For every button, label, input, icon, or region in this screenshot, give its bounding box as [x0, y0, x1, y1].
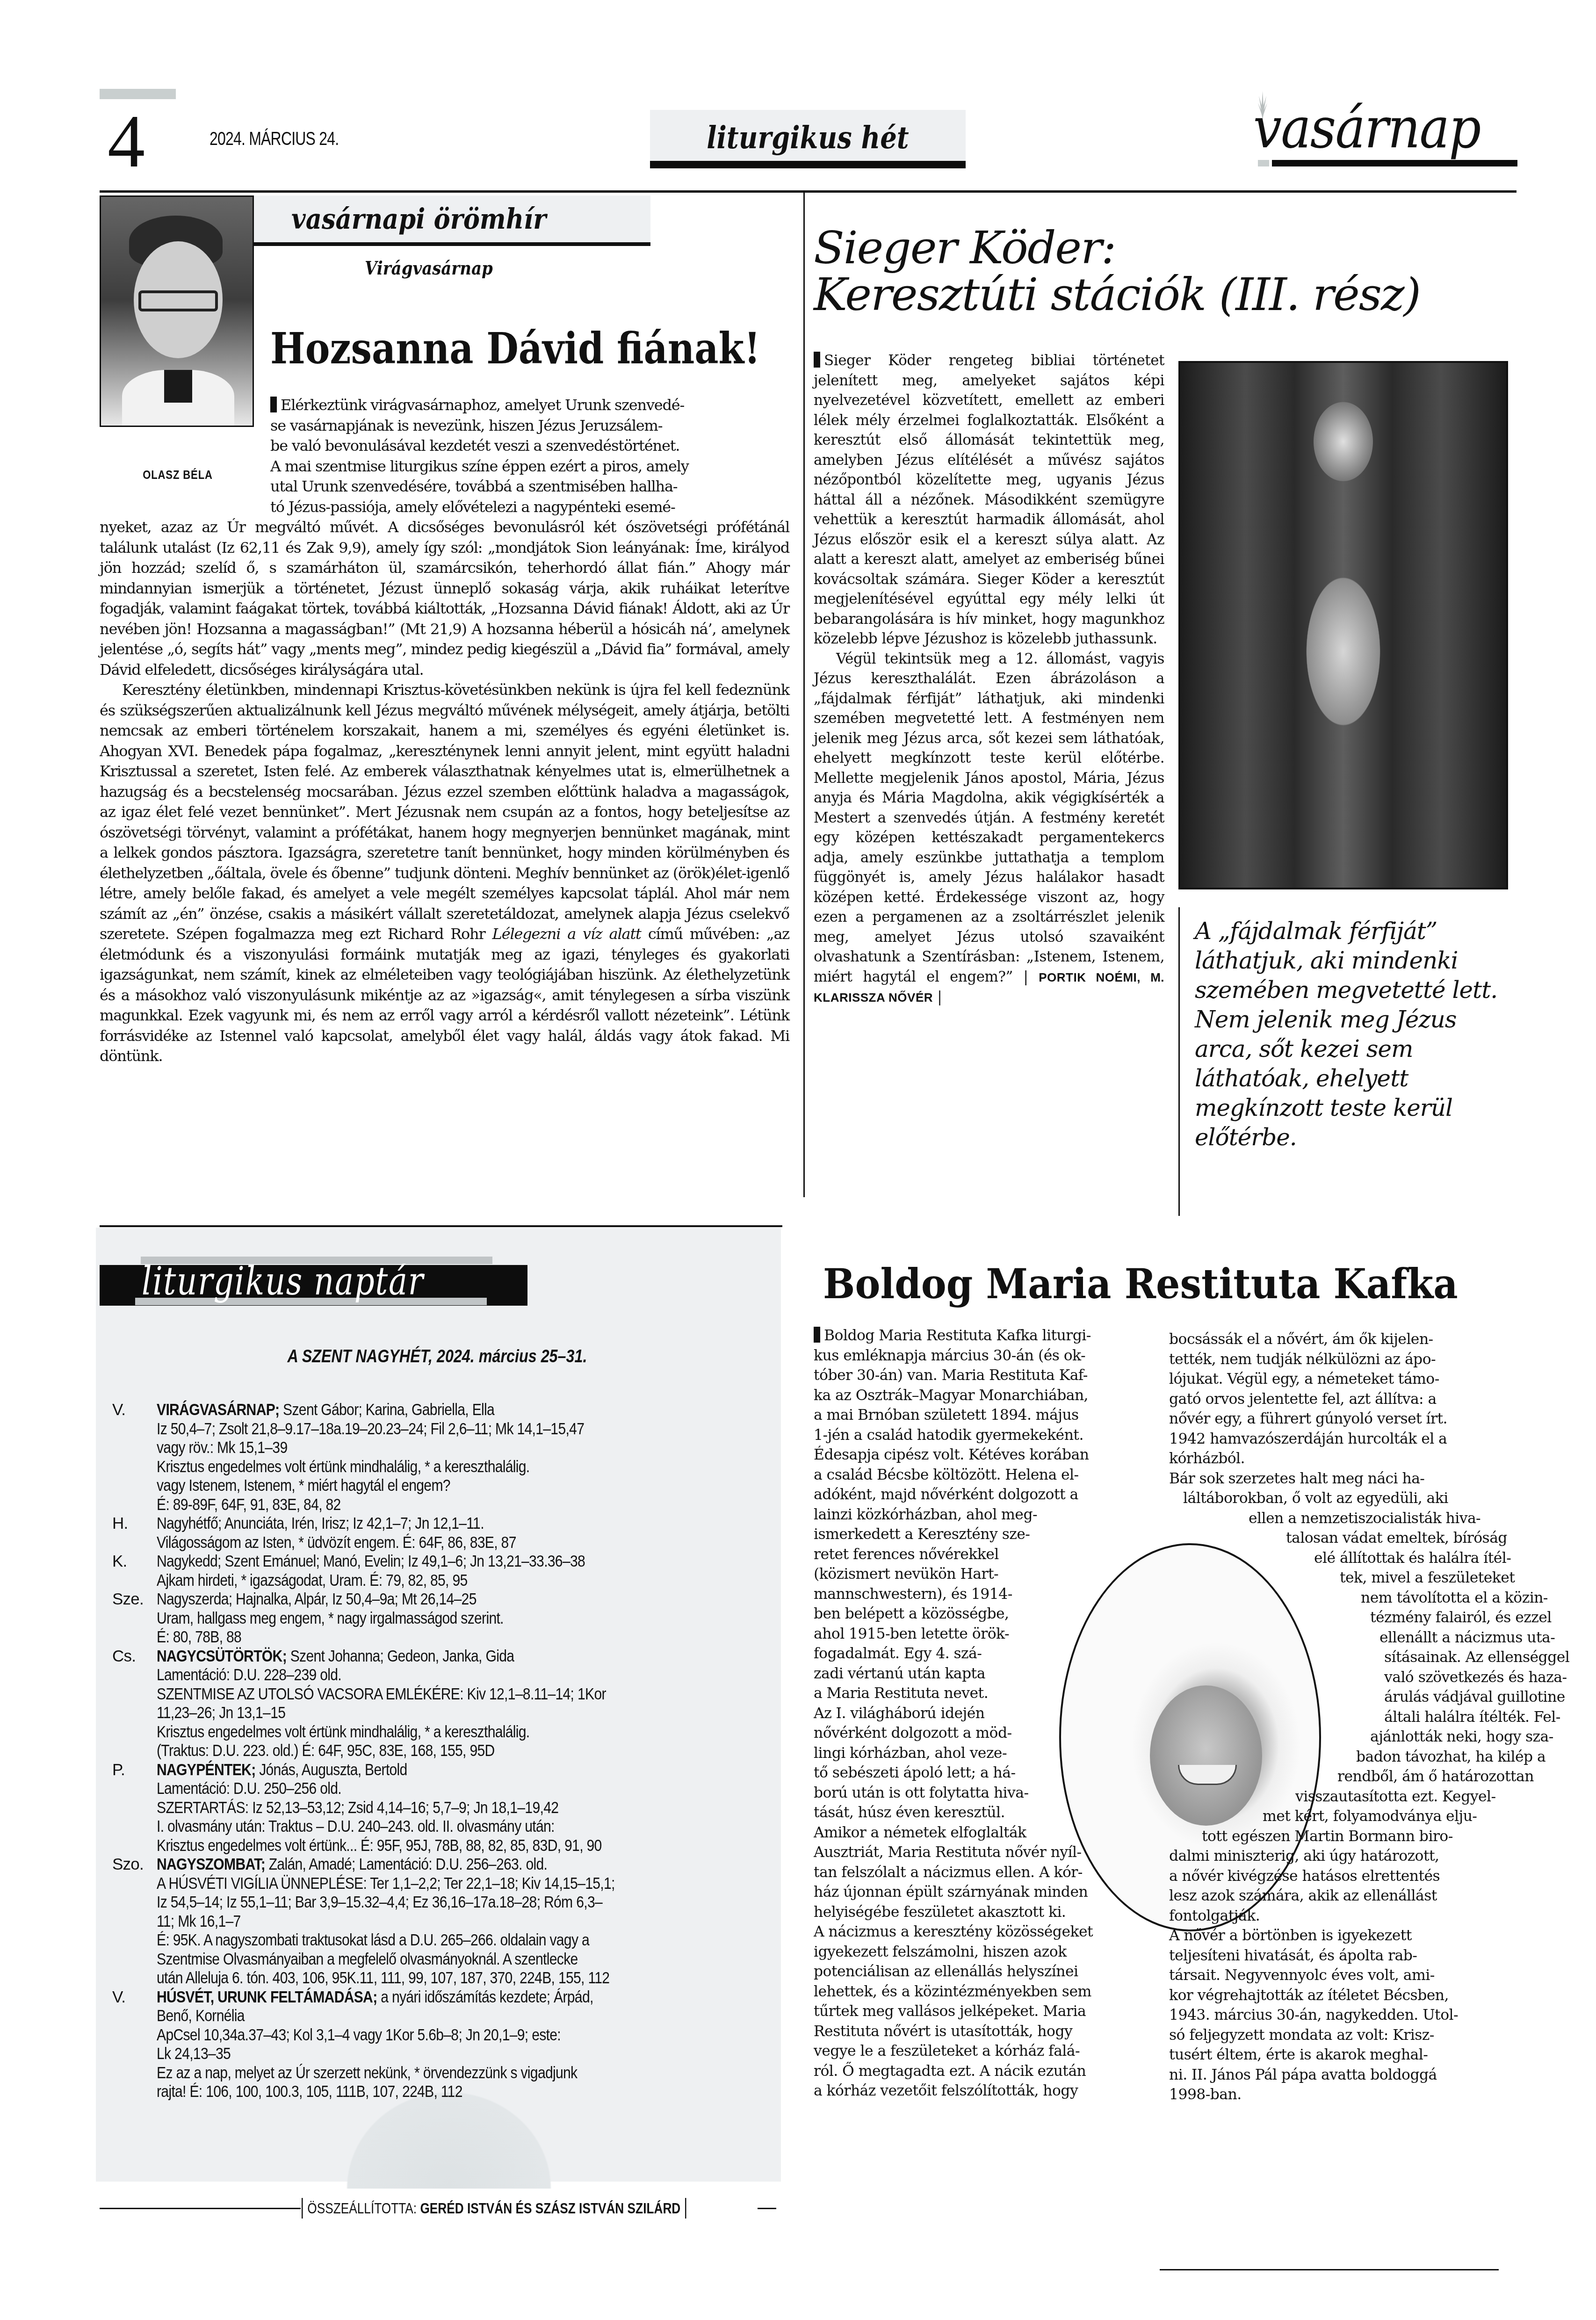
- text-line: potenciálisan az ellenállás helyszínei: [814, 1962, 1169, 1982]
- text-line: tették, nem tudják nélkülözni az ápo-: [1169, 1350, 1509, 1370]
- calendar-subtitle: A SZENT NAGYHÉT, 2024. március 25–31.: [145, 1347, 729, 1367]
- text-line: ború után is ott folytatta hiva-: [814, 1783, 1169, 1803]
- text-line: a mai Brnóban született 1894. május: [814, 1405, 1169, 1425]
- text-line: lainzi közkórházban, ahol meg-: [814, 1505, 1169, 1525]
- text-line: 1998-ban.: [1169, 2085, 1509, 2105]
- text-line: elé állítottak és halálra ítél-: [1169, 1548, 1509, 1568]
- article2-title: Sieger Köder: Keresztúti stációk (III. r…: [814, 224, 1420, 318]
- article3-title: Boldog Maria Restituta Kafka: [823, 1260, 1458, 1307]
- article-body: nyeket, azaz az Úr megváltó művét. A dic…: [100, 517, 789, 1067]
- text-line: ház újonnan épült szárnyának minden: [814, 1882, 1169, 1902]
- pull-quote: A „fájdalmak férfiját” láthatjuk, aki mi…: [1195, 917, 1499, 1152]
- text-line: mannschwestern), és 1914-: [814, 1584, 1169, 1604]
- text-line: kus emléknapja március 30-án (és ok-: [814, 1346, 1169, 1366]
- text-line: a Maria Restituta nevet.: [814, 1684, 1169, 1704]
- text-line: ahol 1915-ben letette örök-: [814, 1624, 1169, 1644]
- calendar-day: Szo. NAGYSZOMBAT; Zalán, Amadé; Lamentác…: [112, 1855, 776, 1988]
- paragraph-marker: [814, 352, 820, 368]
- text-line: A nácizmus a keresztény közösségeket: [814, 1922, 1169, 1942]
- rubric-label: vasárnapi örömhír: [291, 198, 546, 240]
- calendar-day: Sze. Nagyszerda; Hajnalka, Alpár, Iz 50,…: [112, 1590, 776, 1647]
- text-line: Ausztriát, Maria Restituta nővér nyíl-: [814, 1843, 1169, 1863]
- calendar-title: liturgikus naptár: [142, 1258, 424, 1305]
- text-line: 1943. március 30-án, nagykedden. Utol-: [1169, 2005, 1509, 2025]
- text-line: 1-jén a család hatodik gyermekeként.: [814, 1425, 1169, 1445]
- text-line: ellenállt a nácizmus uta-: [1169, 1628, 1509, 1648]
- text-line: adóként, majd nővérként dolgozott a: [814, 1485, 1169, 1505]
- text-line: ni. II. János Pál pápa avatta boldoggá: [1169, 2065, 1509, 2085]
- text-line: Boldog Maria Restituta Kafka liturgi-: [824, 1327, 1091, 1344]
- text-line: Az I. világháború idején: [814, 1704, 1169, 1724]
- article2-body: Sieger Köder rengeteg bibliai történetet…: [814, 351, 1164, 1008]
- article-subtitle: Virágvasárnap: [365, 257, 493, 279]
- text-line: 1942 hamvazószerdáján hurcolták el a: [1169, 1429, 1509, 1449]
- author-portrait: [100, 195, 254, 427]
- text-line: igyekezett felszámolni, hiszen azok: [814, 1942, 1169, 1962]
- text-line: tézmény falairól, és ezzel: [1169, 1608, 1509, 1628]
- header-rule: [100, 190, 1517, 193]
- brand-underline-square: [1258, 160, 1269, 166]
- calendar-list: V. VIRÁGVASÁRNAP; Szent Gábor; Karina, G…: [112, 1401, 776, 2102]
- page-number: 4: [101, 99, 152, 183]
- text-line: visszautasította ezt. Kegyel-: [1169, 1787, 1509, 1807]
- calendar-day: K. Nagykedd; Szent Emánuel; Manó, Evelin…: [112, 1552, 776, 1590]
- text-line: lingi kórházban, ahol veze-: [814, 1743, 1169, 1763]
- text-line: kor végrehajtották az ítéletet Bécsben,: [1169, 1986, 1509, 2006]
- text-line: ka az Osztrák–Magyar Monarchiában,: [814, 1386, 1169, 1406]
- paragraph-marker: [270, 397, 277, 412]
- text-line: tását, húsz éven keresztül.: [814, 1803, 1169, 1823]
- text-line: tő sebészeti ápoló lett; a há-: [814, 1763, 1169, 1783]
- credit-rule-left: [100, 2208, 301, 2209]
- text-line: fogadalmát. Egy 4. szá-: [814, 1644, 1169, 1664]
- text-line: A nővér a börtönben is igyekezett: [1169, 1926, 1509, 1946]
- article3-end-rule: [1160, 2269, 1499, 2270]
- text-line: ellen a nemzetiszocialisták hiva-: [1169, 1509, 1509, 1529]
- column-divider: [803, 192, 805, 1197]
- text-line: ajánlották neki, hogy sza-: [1169, 1727, 1509, 1747]
- text-line: zadi vértanú után kapta: [814, 1664, 1169, 1684]
- text-line: nővérként dolgozott a möd-: [814, 1723, 1169, 1743]
- article-lead: Elérkeztünk virágvasárnaphoz, amelyet Ur…: [270, 395, 789, 517]
- text-line: helyiségébe feszületet akasztott ki.: [814, 1902, 1169, 1922]
- crucifixion-painting: [1178, 361, 1508, 889]
- text-line: a kórház vezetőit felszólították, hogy: [814, 2081, 1169, 2101]
- section-rule: [100, 1225, 782, 1227]
- text-line: a család Bécsbe költözött. Helena el-: [814, 1465, 1169, 1485]
- text-line: fontolgatják.: [1169, 1906, 1509, 1926]
- text-line: retet ferences nővérekkel: [814, 1545, 1169, 1565]
- brand-underline: [1272, 160, 1517, 166]
- rubric-box: vasárnapi örömhír: [254, 195, 650, 246]
- text-line: ismerkedett a Keresztény sze-: [814, 1525, 1169, 1545]
- article-headline: Hozsanna Dávid fiának!: [270, 323, 760, 374]
- pull-quote-rule: [1178, 907, 1180, 1216]
- calendar-day: V. VIRÁGVASÁRNAP; Szent Gábor; Karina, G…: [112, 1401, 776, 1514]
- text-line: tott egészen Martin Bormann biro-: [1169, 1827, 1509, 1847]
- calendar-day: Cs. NAGYCSÜTÖRTÖK; Szent Johanna; Gedeon…: [112, 1647, 776, 1761]
- text-line: met kért, folyamodványa elju-: [1169, 1807, 1509, 1827]
- text-line: (közismert nevükön Hart-: [814, 1564, 1169, 1584]
- page-number-bar-top: [100, 89, 176, 99]
- section-label: liturgikus hét: [674, 110, 942, 165]
- calendar-day: V. HÚSVÉT, URUNK FELTÁMADÁSA; a nyári id…: [112, 1988, 776, 2102]
- text-line: ról. Ő megtagadta ezt. A nácik ezután: [814, 2061, 1169, 2081]
- article3-column-1: Boldog Maria Restituta Kafka liturgi-kus…: [814, 1326, 1169, 2101]
- text-line: Restituta nővért is utasították, hogy: [814, 2022, 1169, 2042]
- credit-rule-right: [758, 2208, 776, 2209]
- text-line: teljesíteni hivatását, és ápolta rab-: [1169, 1946, 1509, 1966]
- text-line: a nővér kivégzése hatásos elrettentés: [1169, 1866, 1509, 1886]
- text-line: ben belépett a közösségbe,: [814, 1604, 1169, 1624]
- text-line: általi halálra ítélték. Fel-: [1169, 1707, 1509, 1727]
- text-line: kórházból.: [1169, 1449, 1509, 1469]
- issue-date: 2024. MÁRCIUS 24.: [209, 129, 339, 150]
- text-line: rendből, ám ő határozottan: [1169, 1767, 1509, 1787]
- text-line: lesz azok számára, akik az ellenállást: [1169, 1886, 1509, 1906]
- text-line: Amikor a németek elfoglalták: [814, 1823, 1169, 1843]
- text-line: vegye le a feszületeket a kórház falá-: [814, 2041, 1169, 2061]
- text-line: tan felszólalt a nácizmus ellen. A kór-: [814, 1863, 1169, 1883]
- paragraph-marker: [814, 1327, 820, 1343]
- text-line: dalmi miniszterig, aki úgy határozott,: [1169, 1846, 1509, 1866]
- text-line: gató orvos jelentette fel, azt állítva: …: [1169, 1389, 1509, 1409]
- newspaper-brand: vasárnap: [1253, 98, 1480, 159]
- text-line: láltáborokban, ő volt az egyedüli, aki: [1169, 1489, 1509, 1509]
- text-line: nem távolította el a közin-: [1169, 1588, 1509, 1608]
- article3-column-2: bocsássák el a nővért, ám ők kijelen-tet…: [1169, 1330, 1509, 2105]
- text-line: való szövetkezés és haza-: [1169, 1668, 1509, 1688]
- text-line: Édesapja cipész volt. Kétéves korában: [814, 1445, 1169, 1465]
- calendar-day: H. Nagyhétfő; Anunciáta, Irén, Irisz; Iz…: [112, 1514, 776, 1552]
- text-line: nővér egy, a führert gúnyoló verset írt.: [1169, 1409, 1509, 1429]
- calendar-tab: liturgikus naptár: [100, 1265, 527, 1306]
- text-line: badon távozhat, ha kilép a: [1169, 1747, 1509, 1767]
- text-line: tűrtek meg vallásos jelképeket. Maria: [814, 2002, 1169, 2022]
- calendar-credit: ÖSSZEÁLLÍTOTTA: GERÉD ISTVÁN ÉS SZÁSZ IS…: [302, 2198, 686, 2219]
- text-line: tusért éltem, érte is akarok meghal-: [1169, 2045, 1509, 2065]
- book-title: Lélegezni a víz alatt: [492, 925, 641, 943]
- text-line: Bár sok szerzetes halt meg náci ha-: [1169, 1469, 1509, 1489]
- text-line: társait. Negyvennyolc éves volt, ami-: [1169, 1966, 1509, 1986]
- text-line: lójukat. Végül egy, a németeket támo-: [1169, 1369, 1509, 1389]
- text-line: sításainak. Az ellenséggel: [1169, 1648, 1509, 1668]
- text-line: lehettek, és a közintézményekben sem: [814, 1982, 1169, 2002]
- text-line: tóber 30-án) van. Maria Restituta Kaf-: [814, 1366, 1169, 1386]
- text-line: árulás vádjával guillotine: [1169, 1687, 1509, 1707]
- author-name: OLASZ BÉLA: [128, 468, 228, 482]
- calendar-day: P. NAGYPÉNTEK; Jónás, Auguszta, Bertold …: [112, 1761, 776, 1856]
- section-tab: liturgikus hét: [650, 110, 966, 168]
- text-line: talosan vádat emeltek, bíróság: [1169, 1528, 1509, 1548]
- text-line: tek, mivel a feszületeket: [1169, 1568, 1509, 1588]
- text-line: bocsássák el a nővért, ám ők kijelen-: [1169, 1330, 1509, 1350]
- text-line: só feljegyzett mondata az volt: Krisz-: [1169, 2025, 1509, 2045]
